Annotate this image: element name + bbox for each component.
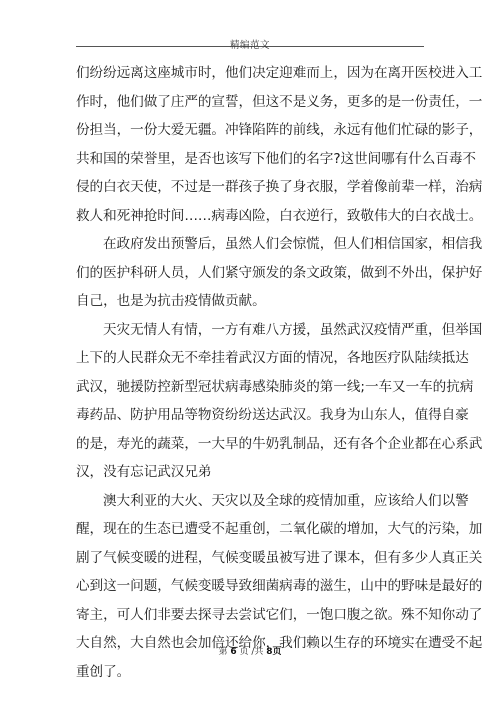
paragraph: 天灾无情人有情，一方有难八方援，虽然武汉疫情严重，但举国 上下的人民群众无不牵挂… [76, 316, 426, 487]
text-line: 的是，寿光的蔬菜，一大早的牛奶乳制品，还有各个企业都在心系武 [76, 430, 426, 459]
text-line: 醒，现在的生态已遭受不起重创，二氧化碳的增加，大气的污染，加 [76, 515, 426, 544]
text-line: 天灾无情人有情，一方有难八方援，虽然武汉疫情严重，但举国 [76, 316, 426, 345]
text-line: 澳大利亚的大火、天灾以及全球的疫情加重，应该给人们以警 [76, 487, 426, 516]
paragraph: 们纷纷远离这座城市时，他们决定迎难而上，因为在离开医校进入工 作时，他们做了庄严… [76, 59, 426, 230]
page-footer: 第 6 页 /共 8页 [0, 646, 500, 658]
text-line: 作时，他们做了庄严的宣誓，但这不是义务，更多的是一份责任，一 [76, 88, 426, 117]
text-line: 份担当，一份大爱无疆。冲锋陷阵的前线，永远有他们忙碌的影子， [76, 116, 426, 145]
text-line: 在政府发出预警后，虽然人们会惊慌，但人们相信国家，相信我 [76, 230, 426, 259]
text-line: 们的医护科研人员，人们紧守颁发的条文政策，做到不外出，保护好 [76, 259, 426, 288]
text-line: 侵的白衣天使，不过是一群孩子换了身衣服，学着像前辈一样，治病 [76, 173, 426, 202]
page-header: 精编范文 [76, 33, 424, 47]
footer-middle: 页 /共 [239, 647, 263, 657]
text-line: 救人和死神抢时间……病毒凶险，白衣逆行，致敬伟大的白衣战士。 [76, 202, 426, 231]
text-line: 重创了。 [76, 658, 426, 687]
paragraph: 在政府发出预警后，虽然人们会惊慌，但人们相信国家，相信我 们的医护科研人员，人们… [76, 230, 426, 316]
text-line: 寄主，可人们非要去探寻去尝试它们，一饱口腹之欲。殊不知你动了 [76, 601, 426, 630]
text-line: 自己，也是为抗击疫情做贡献。 [76, 287, 426, 316]
text-line: 们纷纷远离这座城市时，他们决定迎难而上，因为在离开医校进入工 [76, 59, 426, 88]
text-line: 上下的人民群众无不牵挂着武汉方面的情况，各地医疗队陆续抵达 [76, 344, 426, 373]
text-line: 剧了气候变暖的进程，气候变暖虽被写进了课本，但有多少人真正关 [76, 544, 426, 573]
text-line: 共和国的荣誉里，是否也该写下他们的名字?这世间哪有什么百毒不 [76, 145, 426, 174]
header-title: 精编范文 [230, 40, 270, 51]
document-body: 们纷纷远离这座城市时，他们决定迎难而上，因为在离开医校进入工 作时，他们做了庄严… [76, 59, 426, 686]
text-line: 心到这一问题，气候变暖导致细菌病毒的滋生，山中的野味是最好的 [76, 572, 426, 601]
current-page-number: 6 [230, 647, 236, 657]
text-line: 武汉，驰援防控新型冠状病毒感染肺炎的第一线;一车又一车的抗病 [76, 373, 426, 402]
footer-prefix: 第 [218, 647, 227, 657]
footer-suffix: 页 [273, 647, 282, 657]
text-line: 汉，没有忘记武汉兄弟 [76, 458, 426, 487]
text-line: 毒药品、防护用品等物资纷纷送达武汉。我身为山东人，值得自豪 [76, 401, 426, 430]
